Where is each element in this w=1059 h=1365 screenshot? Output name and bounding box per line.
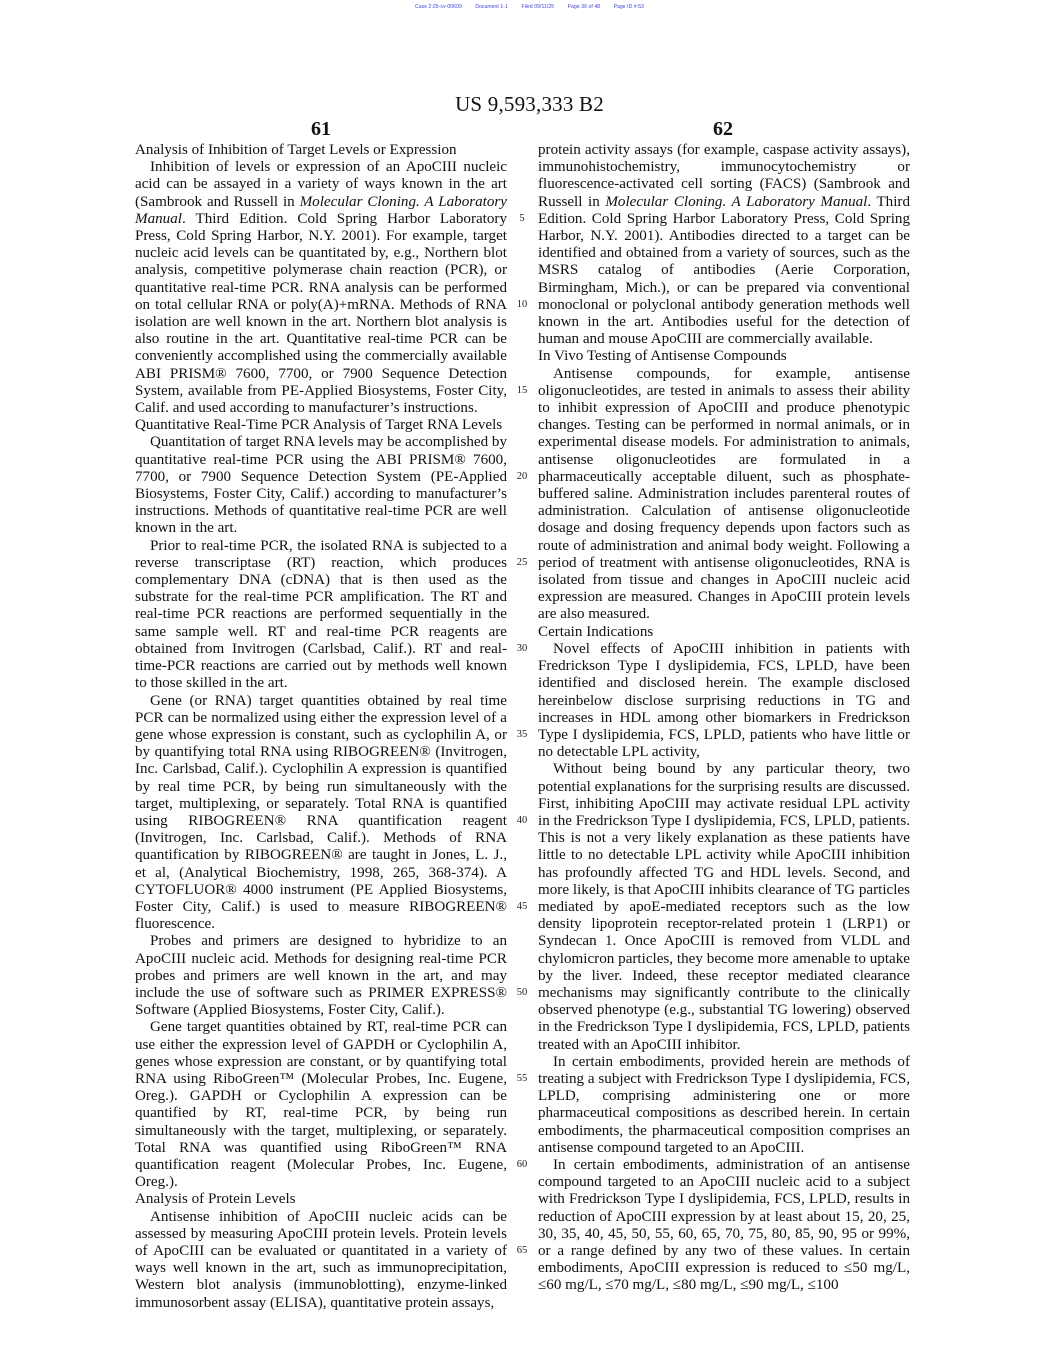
- section-heading: Quantitative Real-Time PCR Analysis of T…: [135, 417, 507, 434]
- paragraph: Gene (or RNA) target quantities obtained…: [135, 693, 507, 934]
- line-number: 60: [512, 1159, 532, 1170]
- paragraph: Probes and primers are designed to hybri…: [135, 933, 507, 1019]
- line-number: 50: [512, 987, 532, 998]
- section-heading: Analysis of Protein Levels: [135, 1191, 507, 1208]
- stamp-page-id: Page ID #:53: [614, 4, 644, 10]
- book-title: Molecular Cloning. A Laboratory Manual: [605, 194, 867, 210]
- patent-number: US 9,593,333 B2: [0, 92, 1059, 117]
- line-number: 65: [512, 1245, 532, 1256]
- paragraph: Antisense inhibition of ApoCIII nucleic …: [135, 1209, 507, 1312]
- paragraph-text: . Third Edition. Cold Spring Harbor Labo…: [135, 211, 507, 416]
- paragraph: Quantitation of target RNA levels may be…: [135, 434, 507, 537]
- line-number: 20: [512, 471, 532, 482]
- line-number: 30: [512, 643, 532, 654]
- court-filing-stamp: Case 2:25-cv-00609 Document 1-1 Filed 09…: [0, 4, 1059, 10]
- stamp-filed: Filed 09/11/25: [521, 4, 554, 10]
- stamp-document: Document 1-1: [475, 4, 508, 10]
- paragraph: In certain embodiments, administration o…: [538, 1157, 910, 1295]
- line-number: 35: [512, 729, 532, 740]
- paragraph: Gene target quantities obtained by RT, r…: [135, 1019, 507, 1191]
- left-page-number: 61: [311, 118, 331, 141]
- section-heading: Analysis of Inhibition of Target Levels …: [135, 142, 507, 159]
- paragraph-text: . Third Edition. Cold Spring Harbor Labo…: [538, 194, 910, 348]
- paragraph: Inhibition of levels or expression of an…: [135, 159, 507, 417]
- line-number: 10: [512, 299, 532, 310]
- paragraph: In certain embodiments, provided herein …: [538, 1054, 910, 1157]
- line-number: 25: [512, 557, 532, 568]
- line-number: 15: [512, 385, 532, 396]
- paragraph: Without being bound by any particular th…: [538, 761, 910, 1053]
- right-page-number: 62: [713, 118, 733, 141]
- right-column: protein activity assays (for example, ca…: [538, 142, 910, 1295]
- paragraph: Novel effects of ApoCIII inhibition in p…: [538, 641, 910, 761]
- stamp-page: Page 36 of 48: [568, 4, 600, 10]
- left-column: Analysis of Inhibition of Target Levels …: [135, 142, 507, 1312]
- paragraph: protein activity assays (for example, ca…: [538, 142, 910, 348]
- line-number: 40: [512, 815, 532, 826]
- line-number: 45: [512, 901, 532, 912]
- section-heading: Certain Indications: [538, 624, 910, 641]
- line-number: 5: [512, 213, 532, 224]
- paragraph: Antisense compounds, for example, antise…: [538, 366, 910, 624]
- stamp-case: Case 2:25-cv-00609: [415, 4, 462, 10]
- paragraph: Prior to real-time PCR, the isolated RNA…: [135, 538, 507, 693]
- line-number: 55: [512, 1073, 532, 1084]
- section-heading: In Vivo Testing of Antisense Compounds: [538, 348, 910, 365]
